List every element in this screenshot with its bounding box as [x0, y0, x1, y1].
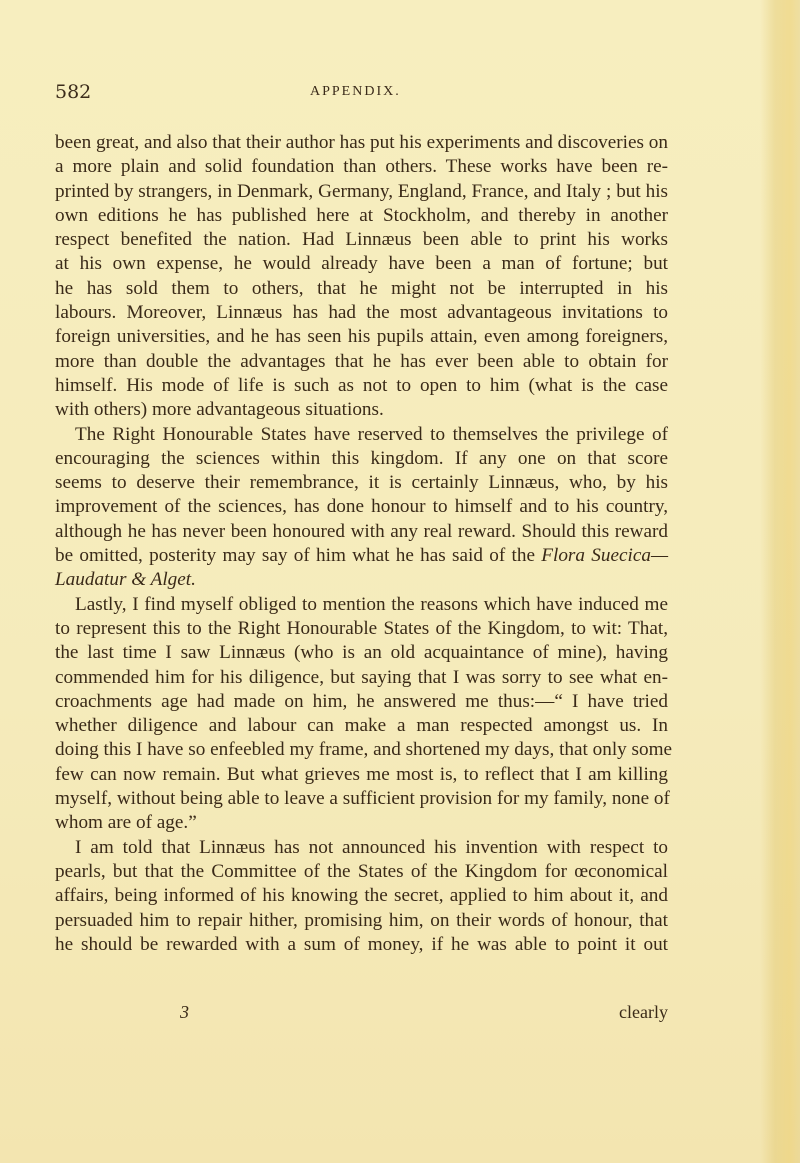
text-line: few can now remain. But what grieves me …	[55, 763, 668, 787]
page-header: 582 APPENDIX.	[55, 81, 667, 107]
text-line: encouraging the sciences within this kin…	[55, 447, 668, 471]
text-line: persuaded him to repair hither, promisin…	[55, 909, 668, 933]
paragraph-2: The Right Honourable States have reserve…	[55, 423, 668, 593]
paragraph-3: Lastly, I find myself obliged to mention…	[55, 593, 668, 836]
text-line: he should be rewarded with a sum of mone…	[55, 933, 668, 957]
signature-mark: 3	[180, 1002, 189, 1023]
text-line: more than double the advantages that he …	[55, 350, 668, 374]
text-line: myself, without being able to leave a su…	[55, 787, 668, 811]
text-line-with-italic: be omitted, posterity may say of him wha…	[55, 544, 668, 568]
text-line: at his own expense, he would already hav…	[55, 252, 668, 276]
italic-title: Flora Suecica—	[541, 545, 668, 566]
text-line: own editions he has published here at St…	[55, 204, 668, 228]
paragraph-1: been great, and also that their author h…	[55, 131, 668, 423]
text-line: whether diligence and labour can make a …	[55, 714, 668, 738]
text-line: to represent this to the Right Honourabl…	[55, 617, 668, 641]
text-line: commended him for his diligence, but say…	[55, 666, 668, 690]
body-text: been great, and also that their author h…	[55, 131, 668, 957]
text-line: affairs, being informed of his knowing t…	[55, 884, 668, 908]
text-line: seems to deserve their remembrance, it i…	[55, 471, 668, 495]
running-head: APPENDIX.	[310, 84, 401, 100]
page-footer: 3 clearly	[55, 1002, 668, 1026]
text-line: a more plain and solid foundation than o…	[55, 155, 668, 179]
text-line: The Right Honourable States have reserve…	[55, 423, 668, 447]
book-page: 582 APPENDIX. been great, and also that …	[0, 0, 800, 1163]
text-line: pearls, but that the Committee of the St…	[55, 860, 668, 884]
italic-quote: Laudatur & Alget.	[55, 568, 668, 592]
text-line: although he has never been honoured with…	[55, 520, 668, 544]
text-line: Lastly, I find myself obliged to mention…	[55, 593, 668, 617]
text-line: I am told that Linnæus has not announced…	[55, 836, 668, 860]
page-number: 582	[55, 81, 91, 103]
text-line: improvement of the sciences, has done ho…	[55, 495, 668, 519]
text-line: himself. His mode of life is such as not…	[55, 374, 668, 398]
text-line: foreign universities, and he has seen hi…	[55, 325, 668, 349]
paragraph-4: I am told that Linnæus has not announced…	[55, 836, 668, 957]
text-line: with others) more advantageous situation…	[55, 398, 668, 422]
text-line: been great, and also that their author h…	[55, 131, 668, 155]
text-segment: be omitted, posterity may say of him wha…	[55, 545, 535, 566]
text-line: printed by strangers, in Denmark, German…	[55, 180, 668, 204]
text-line: whom are of age.”	[55, 811, 668, 835]
text-line: labours. Moreover, Linnæus has had the m…	[55, 301, 668, 325]
text-line: the last time I saw Linnæus (who is an o…	[55, 641, 668, 665]
text-line: he has sold them to others, that he migh…	[55, 277, 668, 301]
text-line: respect benefited the nation. Had Linnæu…	[55, 228, 668, 252]
catchword: clearly	[619, 1002, 668, 1023]
text-line: croachments age had made on him, he answ…	[55, 690, 668, 714]
text-line: doing this I have so enfeebled my frame,…	[55, 738, 668, 762]
